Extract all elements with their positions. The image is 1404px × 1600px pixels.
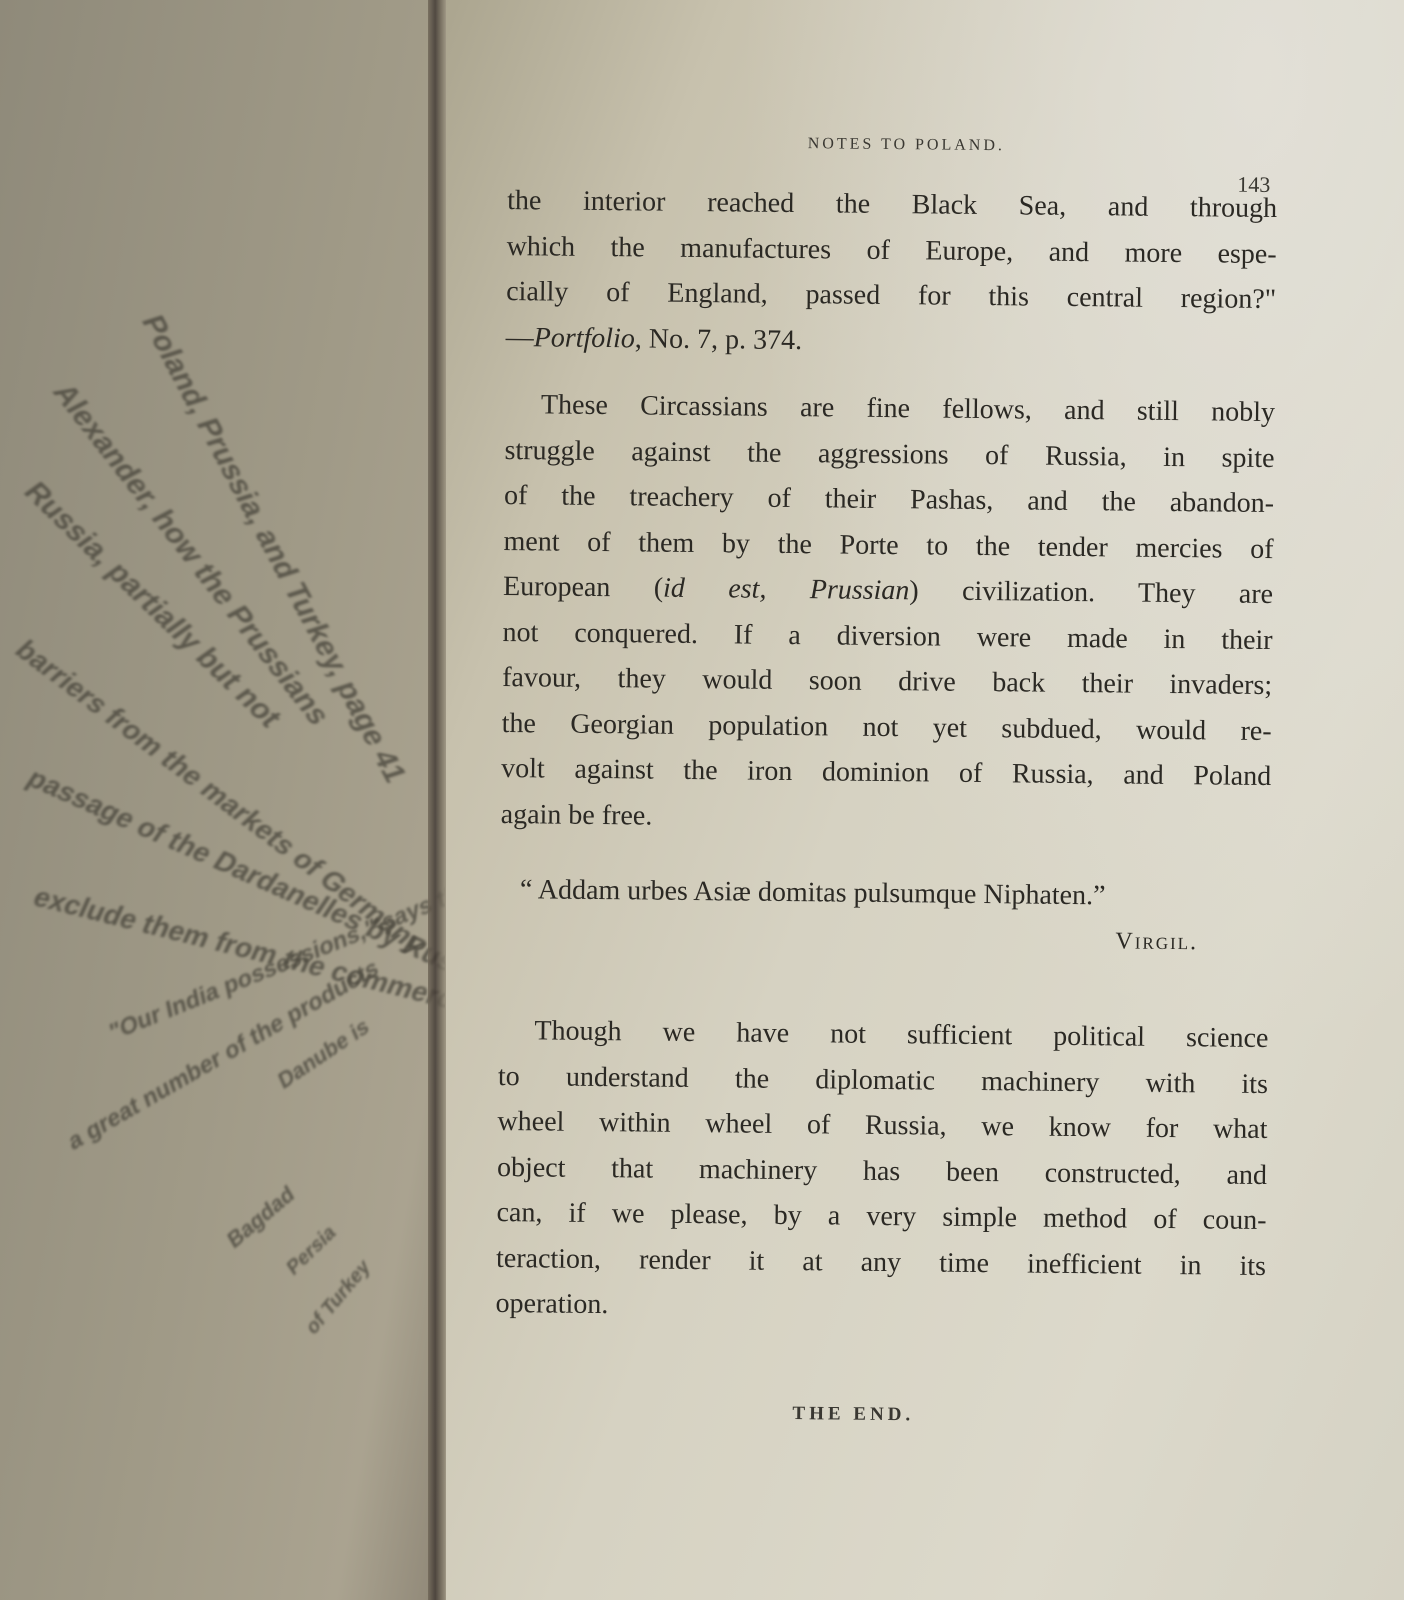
text-line: ment of them by the Porte to the tender …	[503, 518, 1273, 572]
text-line: volt against the iron dominion of Russia…	[501, 746, 1271, 800]
text-line: teraction, render it at any time ineffic…	[496, 1235, 1266, 1289]
text-line: cially of England, passed for this centr…	[506, 269, 1276, 323]
left-fragment: Bagdad	[223, 1180, 298, 1255]
italic-phrase: id est, Prussian	[663, 573, 910, 607]
left-fragment: Persia	[283, 1220, 339, 1281]
left-page: Poland, Prussia, and Turkey, page 41 Ale…	[0, 0, 445, 1600]
text-line: not conquered. If a diversion were made …	[502, 609, 1272, 663]
left-page-text: Poland, Prussia, and Turkey, page 41 Ale…	[30, 0, 445, 1600]
paragraph-continuation: the interior reached the Black Sea, and …	[505, 178, 1277, 368]
text-line: which the manufactures of Europe, and mo…	[506, 223, 1276, 277]
right-page: NOTES TO POLAND. 143 the interior reache…	[446, 0, 1404, 1600]
left-fragment: of Turkey	[302, 1255, 374, 1341]
the-end-mark: THE END.	[792, 1403, 914, 1426]
text-line: struggle against the aggressions of Russ…	[504, 427, 1274, 481]
text-line: again be free.	[500, 791, 1270, 845]
citation-line: —Portfolio, No. 7, p. 374.	[505, 314, 1275, 368]
text-line: object that machinery has been construct…	[497, 1144, 1267, 1198]
running-head: NOTES TO POLAND.	[808, 135, 1005, 155]
latin-quotation: “ Addam urbes Asiæ domitas pulsumque Nip…	[520, 874, 1280, 914]
text-line: These Circassians are fine fellows, and …	[505, 382, 1275, 436]
text-line: European (id est, Prussian) civilization…	[503, 564, 1273, 618]
page-content: NOTES TO POLAND. 143 the interior reache…	[508, 120, 1278, 128]
quotation-attribution: Virgil.	[1115, 928, 1198, 956]
text-line: the Georgian population not yet subdued,…	[501, 700, 1271, 754]
text-line: the interior reached the Black Sea, and …	[507, 178, 1277, 232]
text-line: can, if we please, by a very simple meth…	[496, 1190, 1266, 1244]
text-line: favour, they would soon drive back their…	[502, 655, 1272, 709]
text-line: of the treachery of their Pashas, and th…	[504, 473, 1274, 527]
paragraph-circassians: These Circassians are fine fellows, and …	[500, 382, 1275, 845]
text-line: wheel within wheel of Russia, we know fo…	[497, 1099, 1267, 1153]
paragraph-diplomatic-machinery: Though we have not sufficient political …	[495, 1008, 1268, 1335]
book-gutter	[428, 0, 446, 1600]
book-spread: Poland, Prussia, and Turkey, page 41 Ale…	[0, 0, 1404, 1600]
italic-phrase: Portfolio	[534, 322, 635, 354]
text-line: operation.	[495, 1281, 1265, 1335]
text-line: to understand the diplomatic machinery w…	[498, 1053, 1268, 1107]
text-line: Though we have not sufficient political …	[498, 1008, 1268, 1062]
